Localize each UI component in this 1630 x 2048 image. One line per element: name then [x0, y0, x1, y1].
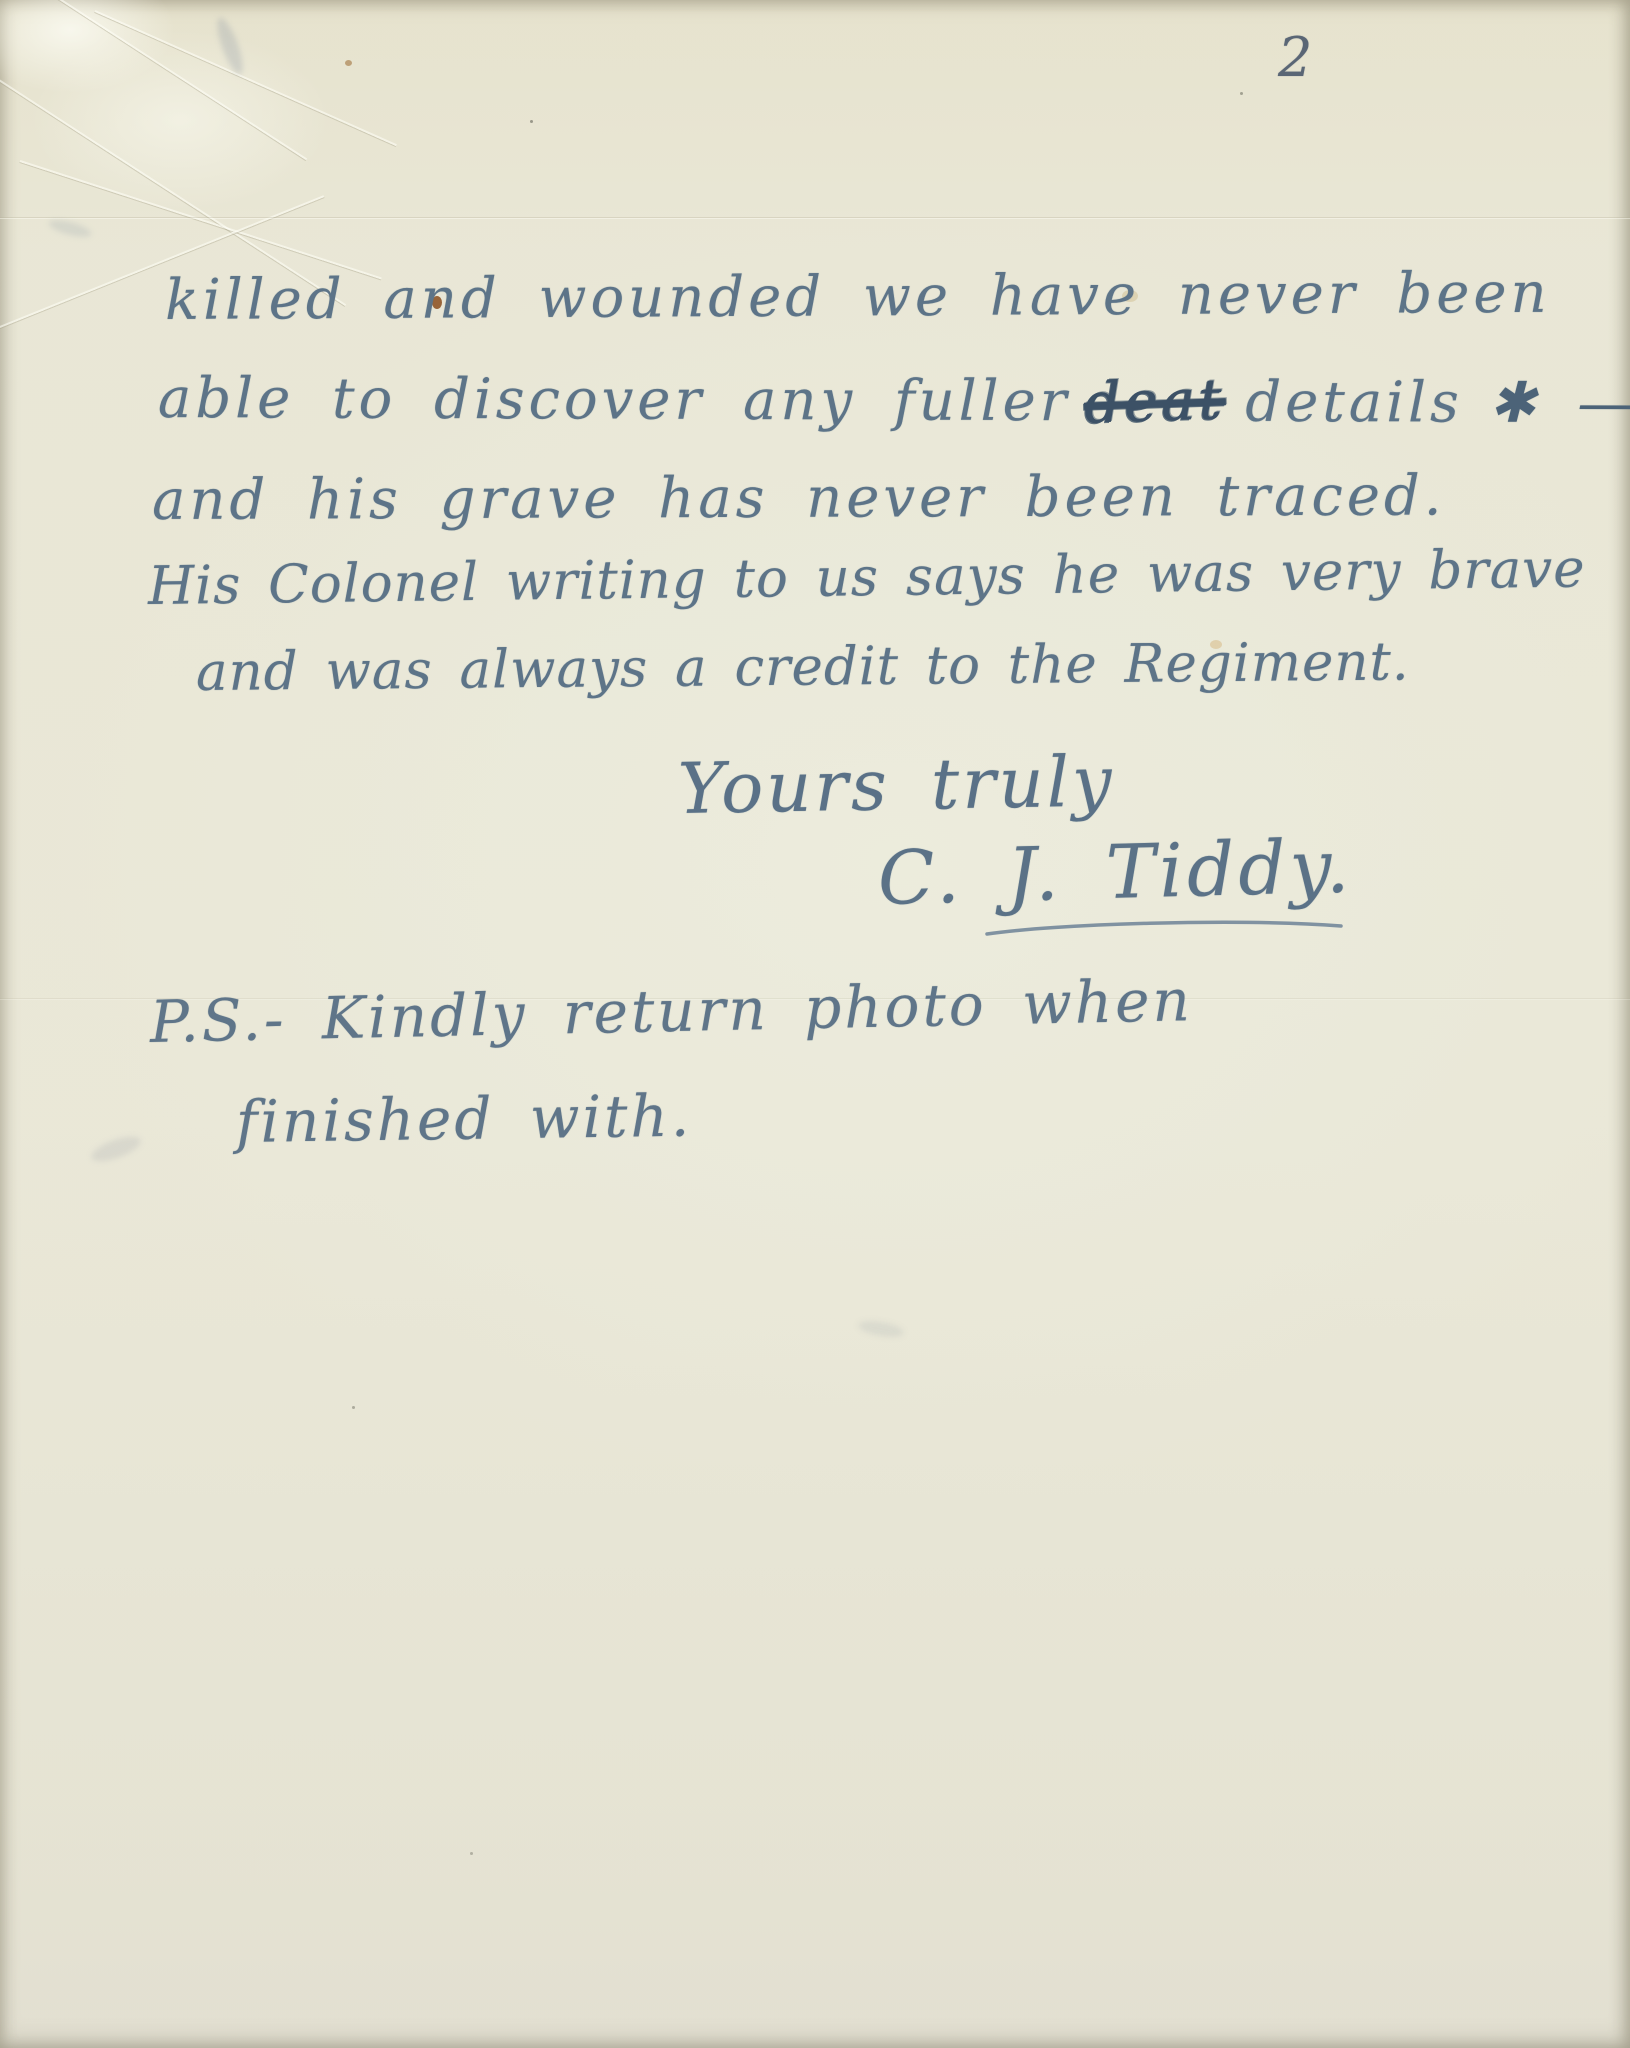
rust-stain [345, 60, 352, 66]
letter-page: 2 killed and wounded we have never been … [0, 0, 1630, 2048]
speck [1240, 92, 1243, 95]
speck [530, 120, 533, 123]
letter-line-5: and was always a credit to the Regiment. [196, 631, 1410, 703]
speck [470, 1852, 473, 1855]
line2-text: able to discover any fuller [158, 366, 1071, 434]
letter-line-2: able to discover any fullerdeatdetails✱ … [158, 366, 1630, 436]
ink-smudge [88, 1132, 143, 1167]
speck [352, 1406, 355, 1409]
letter-line-1: killed and wounded we have never been [165, 261, 1551, 333]
signature: C. J. Tiddy. [877, 824, 1354, 922]
letter-line-4: His Colonel writing to us says he was ve… [148, 538, 1586, 617]
asterisk-dash-mark: ✱ — [1489, 371, 1630, 437]
ink-smudge [857, 1318, 905, 1340]
signature-underline [985, 916, 1345, 940]
line2-text: details [1245, 370, 1463, 436]
closing: Yours truly [677, 740, 1115, 830]
ps-text: P.S.- Kindly return photo when [149, 966, 1193, 1056]
ps-line-2: finished with. [236, 1082, 693, 1156]
fold-line [0, 217, 1630, 218]
page-number: 2 [1278, 26, 1312, 89]
crossed-out-word: deat [1083, 367, 1226, 436]
ps-line-1: P.S.- Kindly return photo when [149, 966, 1193, 1056]
letter-line-3: and his grave has never been traced. [152, 463, 1446, 533]
